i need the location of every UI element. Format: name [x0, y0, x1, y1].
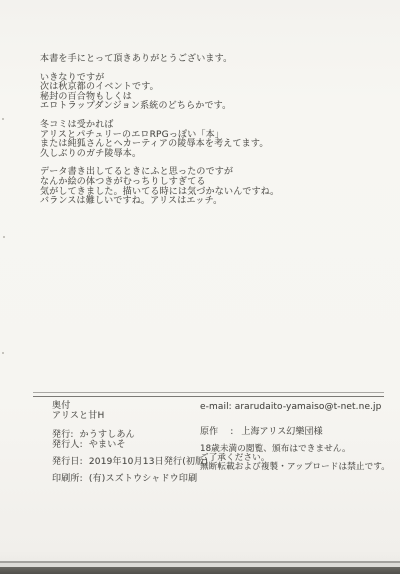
scanned-page: 本書を手にとって頂きありがとうございます。 いきなりですが 次は秋京都のイベント…	[0, 0, 400, 574]
publisher-info: 発行: かうすしあん 発行人: やまいそ 発行日: 2019年10月13日発行(…	[52, 431, 202, 484]
text-line: バランスは難しいですね。アリスはエッチ。	[40, 197, 360, 207]
publisher-row-date: 発行日: 2019年10月13日発行(初版)	[52, 458, 202, 468]
original-work-label: 原作	[200, 428, 218, 438]
colophon-right-column: e-mail: ararudaito-yamaiso@t-net.ne.jp 原…	[200, 403, 390, 471]
publisher-row-printer: 印刷所: (有)スズトウシャドウ印刷	[52, 475, 202, 485]
original-work-row: 原作 : 上海アリス幻樂団様	[200, 428, 390, 438]
email-address: e-mail: ararudaito-yamaiso@t-net.ne.jp	[200, 403, 390, 413]
afterword-text: 本書を手にとって頂きありがとうございます。 いきなりですが 次は秋京都のイベント…	[40, 55, 360, 216]
scan-speck	[3, 236, 5, 238]
afterword-paragraph-3: 冬コミは受かれば アリスとパチュリーのエロRPGっぽい「本」 または純狐さんとヘ…	[40, 121, 360, 159]
text-line: 久しぶりのガチ陵辱本。	[40, 150, 360, 160]
row-label: 発行日:	[52, 458, 83, 468]
scan-edge-dark-band	[0, 567, 400, 574]
original-work-separator: :	[230, 428, 233, 438]
row-label: 発行人:	[52, 441, 83, 451]
colophon-left-column: 奥付 アリスと甘H 発行: かうすしあん 発行人: やまいそ 発行日: 2019…	[52, 402, 202, 484]
afterword-paragraph-1: 本書を手にとって頂きありがとうございます。	[40, 55, 360, 65]
afterword-paragraph-2: いきなりですが 次は秋京都のイベントです。 秘封の百合物もしくは エロトラップダ…	[40, 74, 360, 112]
original-work-value: 上海アリス幻樂団様	[241, 428, 322, 438]
publisher-row-person: 発行人: やまいそ	[52, 441, 202, 451]
row-label: 印刷所:	[52, 475, 83, 485]
colophon-divider-rule	[33, 392, 384, 397]
afterword-paragraph-4: データ書き出してるときにふと思ったのですが なんか絵の体つきがむっちりしすぎてる…	[40, 168, 360, 206]
text-line: 本書を手にとって頂きありがとうございます。	[40, 55, 360, 65]
text-line: エロトラップダンジョン系統のどちらかです。	[40, 102, 360, 112]
legal-notices: 18歳未満の閲覧、頒布はできません。 ご了承ください。 無断転載および複製・アッ…	[200, 445, 390, 471]
scan-speck	[2, 352, 4, 354]
row-value: (有)スズトウシャドウ印刷	[89, 475, 197, 485]
scan-speck	[2, 118, 4, 120]
row-value: やまいそ	[89, 441, 126, 451]
notice-line: 無断転載および複製・アップロードは禁止です。	[200, 463, 390, 472]
book-title: アリスと甘H	[52, 412, 202, 422]
row-value: 2019年10月13日発行(初版)	[89, 458, 208, 468]
